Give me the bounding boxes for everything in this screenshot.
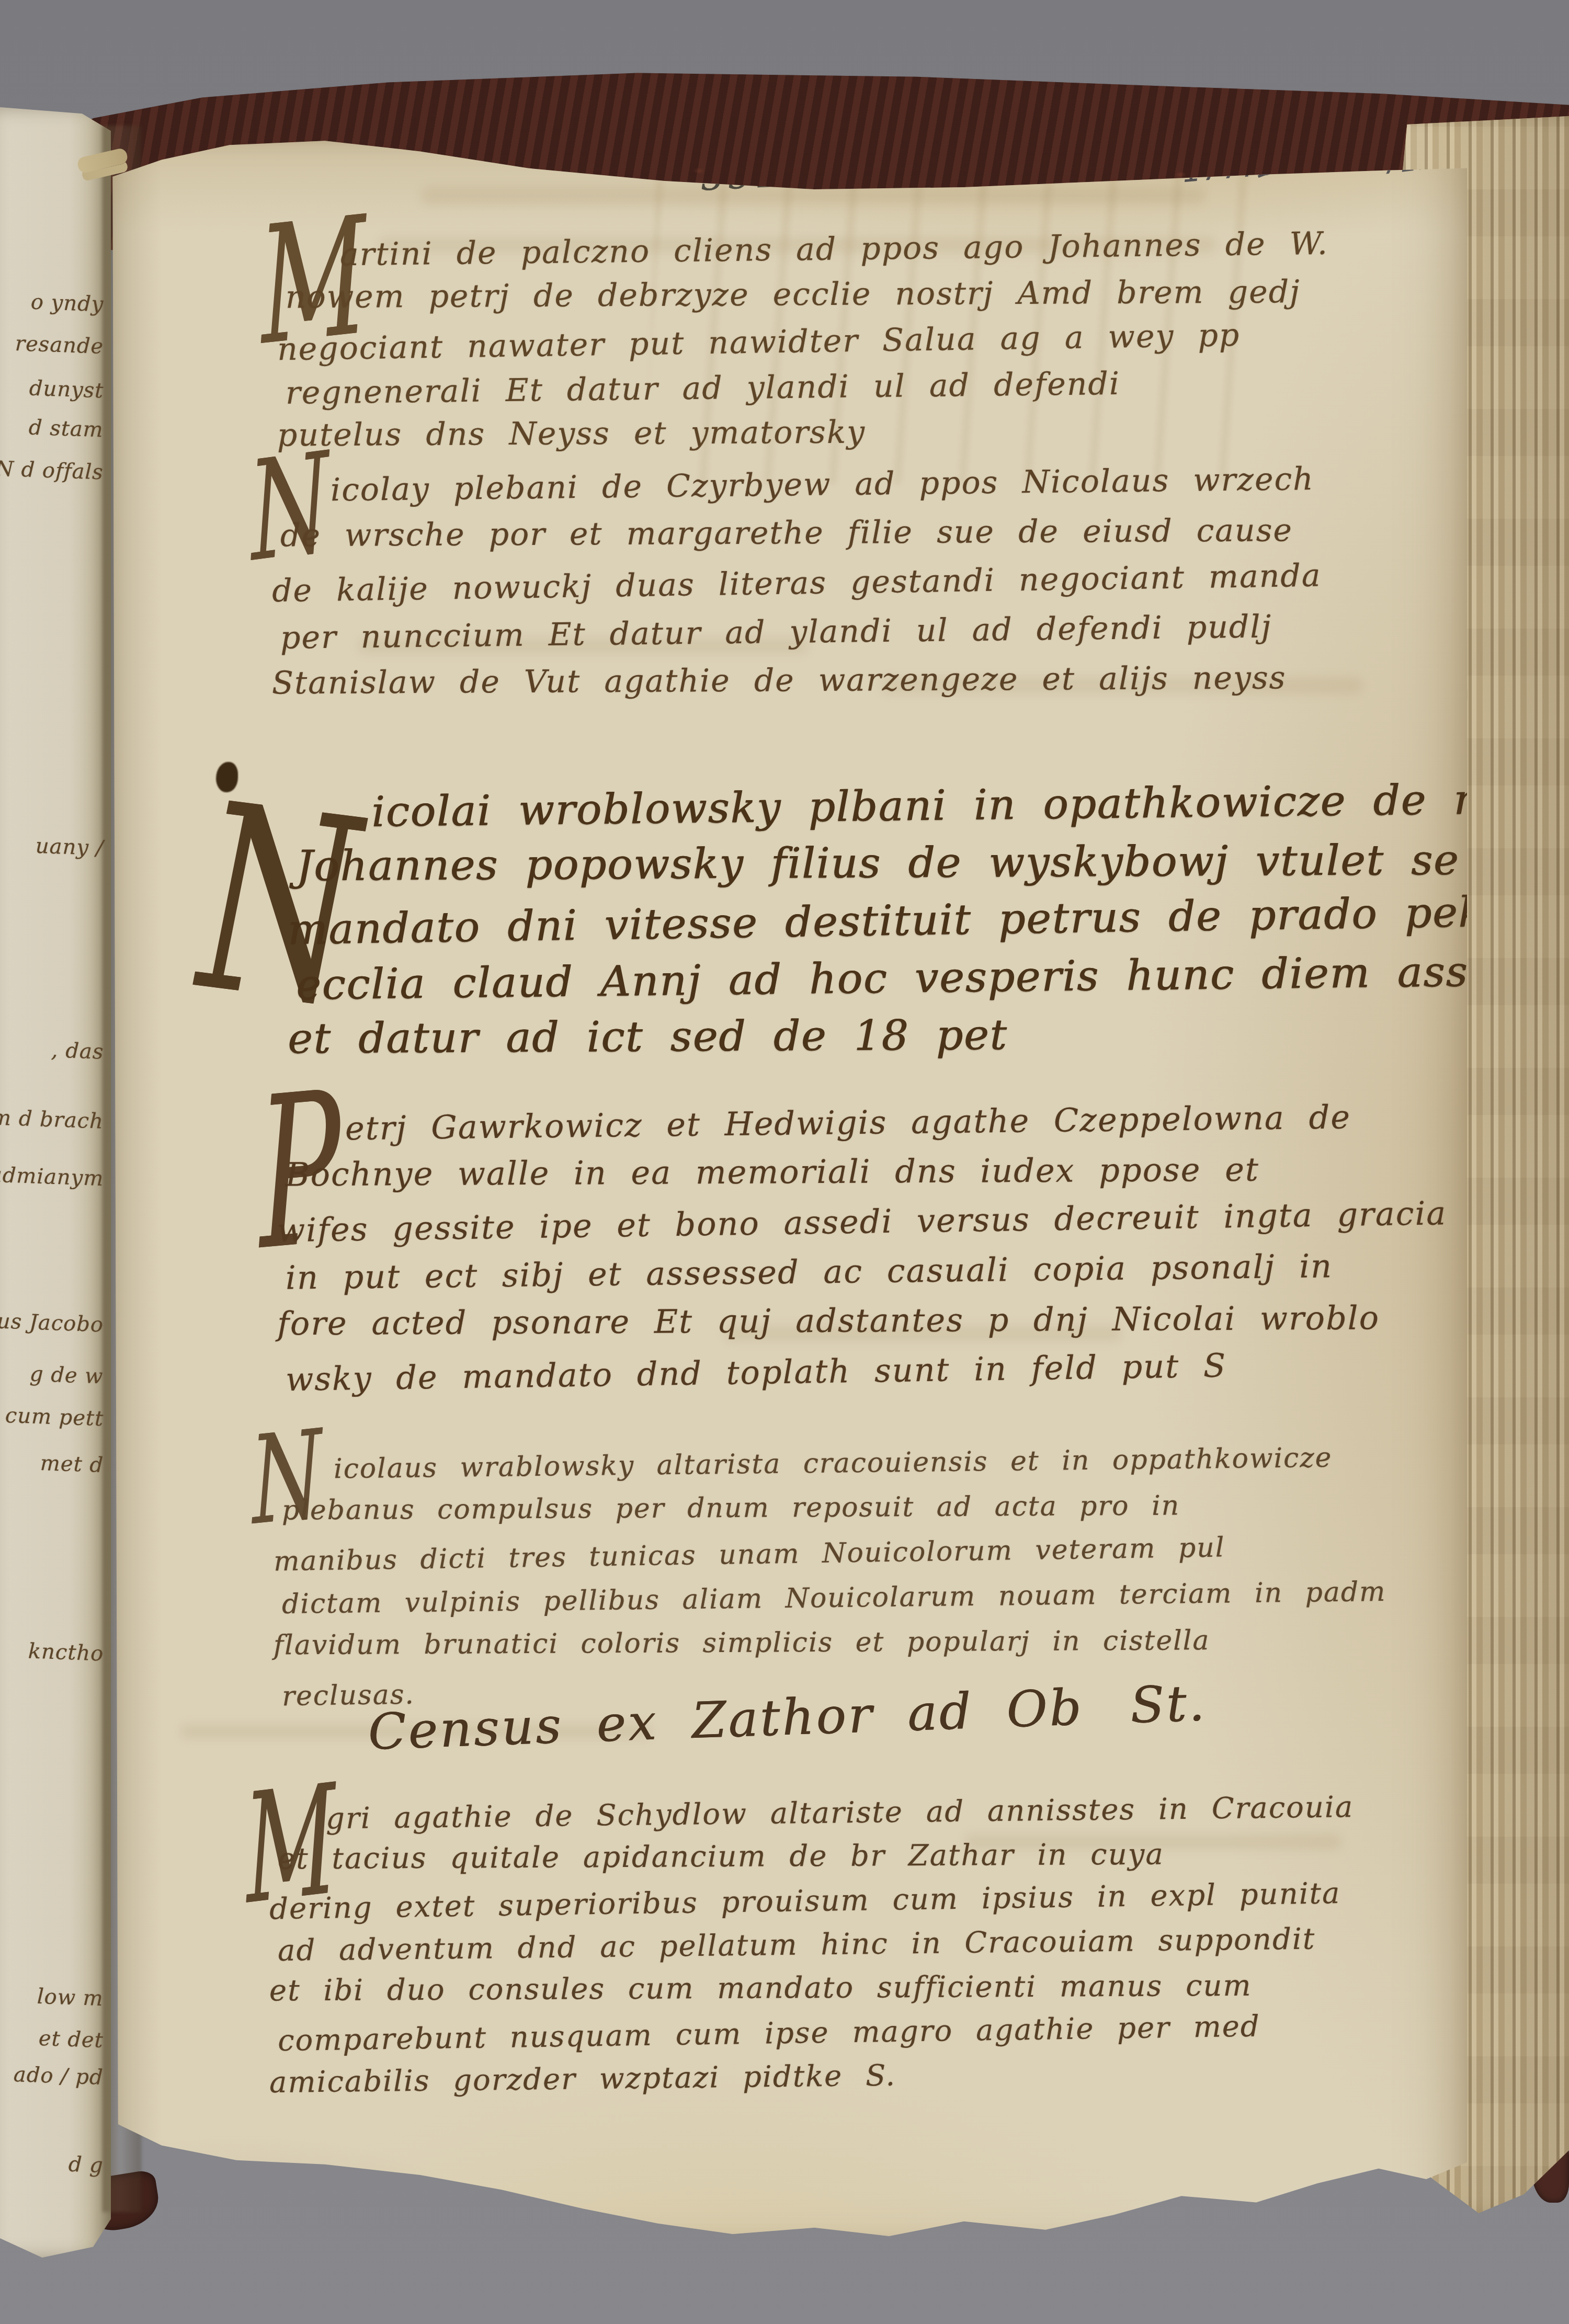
manuscript-line-fragment: rudmianym: [0, 1163, 104, 1191]
entry-lines: gri agathie de Schydlow altariste ad ann…: [269, 1790, 1566, 2098]
entry-lines: artini de palczno cliens ad ppos ago Joh…: [277, 225, 1564, 455]
manuscript-line-fragment: knctho: [28, 1639, 104, 1666]
manuscript-page: 351. 177.349. 71. M artini de palczno cl…: [107, 128, 1467, 2238]
manuscript-line-fragment: g de w: [30, 1362, 104, 1389]
manuscript-line-fragment: , das: [51, 1038, 104, 1064]
entry-lines: icolai wroblowsky plbani in opathkowicze…: [288, 777, 1564, 1064]
manuscript-entry: N icolay plebani de Czyrbyew ad ppos Nic…: [272, 459, 1564, 704]
manuscript-entry: M artini de palczno cliens ad ppos ago J…: [277, 225, 1564, 455]
manuscript-line-fragment: N d offals: [0, 457, 104, 484]
manuscript-line-fragment: dunyst: [29, 377, 104, 403]
manuscript-line-fragment: o yndy: [30, 290, 104, 317]
manuscript-line-fragment: d stam: [29, 416, 104, 442]
manuscript-line-fragment: us Jacobo: [0, 1309, 104, 1337]
manuscript-line: et datur ad ict sed de 18 pet: [288, 1004, 1564, 1068]
manuscript-line-fragment: low m: [37, 1985, 104, 2011]
manuscript-entry: M gri agathie de Schydlow altariste ad a…: [269, 1790, 1566, 2098]
manuscript-line-fragment: uany /: [35, 834, 104, 861]
manuscript-line-fragment: et det: [38, 2026, 104, 2053]
manuscript-line: Stanislaw de Vut agathie de warzengeze e…: [272, 652, 1564, 708]
manuscript-line-fragment: met d: [40, 1451, 104, 1477]
manuscript-entry: N icolai wroblowsky plbani in opathkowic…: [288, 777, 1564, 1064]
manuscript-line-fragment: resande: [15, 332, 104, 359]
manuscript-entry: P etrj Gawrkowicz et Hedwigis agathe Cze…: [277, 1097, 1564, 1395]
manuscript-line: icolai wroblowsky plbani in opathkowicze…: [371, 770, 1564, 841]
manuscript-line-fragment: gem d brach: [0, 1104, 104, 1133]
entry-lines: etrj Gawrkowicz et Hedwigis agathe Czepp…: [277, 1097, 1564, 1395]
manuscript-line-fragment: d g: [68, 2152, 104, 2178]
manuscript-line: putelus dns Neyss et ymatorsky: [277, 406, 1564, 459]
heading-mark: St.: [1129, 1674, 1207, 1735]
entry-lines: icolay plebani de Czyrbyew ad ppos Nicol…: [272, 459, 1564, 704]
ink-bleedthrough: [421, 187, 1206, 204]
facing-page-edge: o yndyresandedunystd stamN d offalsuany …: [0, 107, 111, 2258]
manuscript-photo: o yndyresandedunystd stamN d offalsuany …: [0, 0, 1569, 2324]
manuscript-line-fragment: cum pett: [5, 1404, 104, 1431]
manuscript-line-fragment: ado / pd: [14, 2063, 104, 2090]
